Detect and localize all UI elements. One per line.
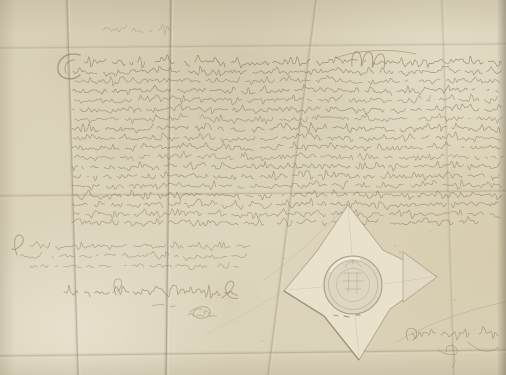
fold-creases (0, 0, 506, 375)
attestation-ascender (114, 279, 122, 295)
m-flourish-2 (362, 52, 373, 67)
embossed-seal (324, 256, 382, 314)
flourish-marks (152, 305, 216, 317)
m-flourish-3 (373, 54, 385, 68)
heading-inscription (103, 24, 170, 35)
flourish-strokes (12, 51, 506, 368)
docket-note (20, 242, 250, 270)
parchment-document (0, 0, 506, 375)
attestation-loop (222, 281, 238, 298)
attestation-line (64, 285, 237, 298)
m-flourish-1 (352, 52, 362, 66)
docket-initial (12, 235, 23, 255)
main-text (72, 55, 504, 226)
paraph-knot (190, 307, 210, 319)
manuscript-svg (0, 0, 506, 375)
